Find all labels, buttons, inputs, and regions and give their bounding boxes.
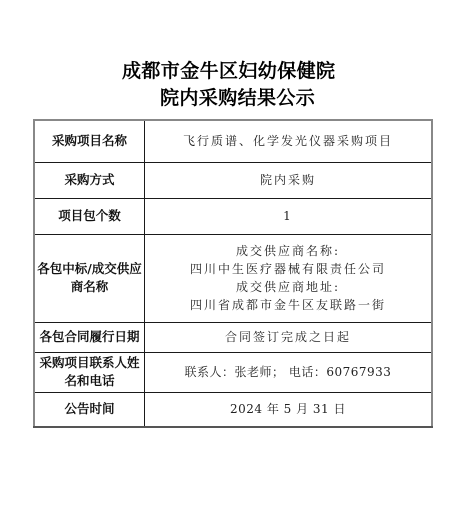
row-label: 公告时间 xyxy=(34,392,145,427)
table-row-procurement-method: 采购方式 院内采购 xyxy=(34,162,432,198)
table-row-contact: 采购项目联系人姓名和电话 联系人：张老师； 电话：60767933 xyxy=(34,352,432,392)
row-value-announcement-date: 2024 年 5 月 31 日 xyxy=(145,392,433,427)
row-label: 采购项目名称 xyxy=(34,120,145,162)
table-row-announcement-date: 公告时间 2024 年 5 月 31 日 xyxy=(34,392,432,427)
row-value-project-name: 飞行质谱、化学发光仪器采购项目 xyxy=(145,120,433,162)
row-label: 项目包个数 xyxy=(34,198,145,234)
row-value-contract-date: 合同签订完成之日起 xyxy=(145,322,433,352)
title-announcement-name: 院内采购结果公示 xyxy=(160,85,315,111)
row-value-contact: 联系人：张老师； 电话：60767933 xyxy=(145,352,433,392)
supplier-address-label: 成交供应商地址: xyxy=(145,278,431,296)
procurement-result-table: 采购项目名称 飞行质谱、化学发光仪器采购项目 采购方式 院内采购 项目包个数 1… xyxy=(33,119,433,428)
title-hospital-name: 成都市金牛区妇幼保健院 xyxy=(122,58,335,84)
row-label: 采购项目联系人姓名和电话 xyxy=(34,352,145,392)
table-row-contract-date: 各包合同履行日期 合同签订完成之日起 xyxy=(34,322,432,352)
row-value-package-count: 1 xyxy=(145,198,433,234)
table-row-package-count: 项目包个数 1 xyxy=(34,198,432,234)
supplier-address: 四川省成都市金牛区友联路一街 xyxy=(145,296,431,314)
supplier-name-label: 成交供应商名称: xyxy=(145,242,431,260)
row-label: 各包中标/成交供应商名称 xyxy=(34,234,145,322)
supplier-name: 四川中生医疗器械有限责任公司 xyxy=(145,260,431,278)
table-row-supplier: 各包中标/成交供应商名称 成交供应商名称: 四川中生医疗器械有限责任公司 成交供… xyxy=(34,234,432,322)
row-label: 采购方式 xyxy=(34,162,145,198)
row-label: 各包合同履行日期 xyxy=(34,322,145,352)
row-value-procurement-method: 院内采购 xyxy=(145,162,433,198)
table-row-project-name: 采购项目名称 飞行质谱、化学发光仪器采购项目 xyxy=(34,120,432,162)
row-value-supplier: 成交供应商名称: 四川中生医疗器械有限责任公司 成交供应商地址: 四川省成都市金… xyxy=(145,234,433,322)
